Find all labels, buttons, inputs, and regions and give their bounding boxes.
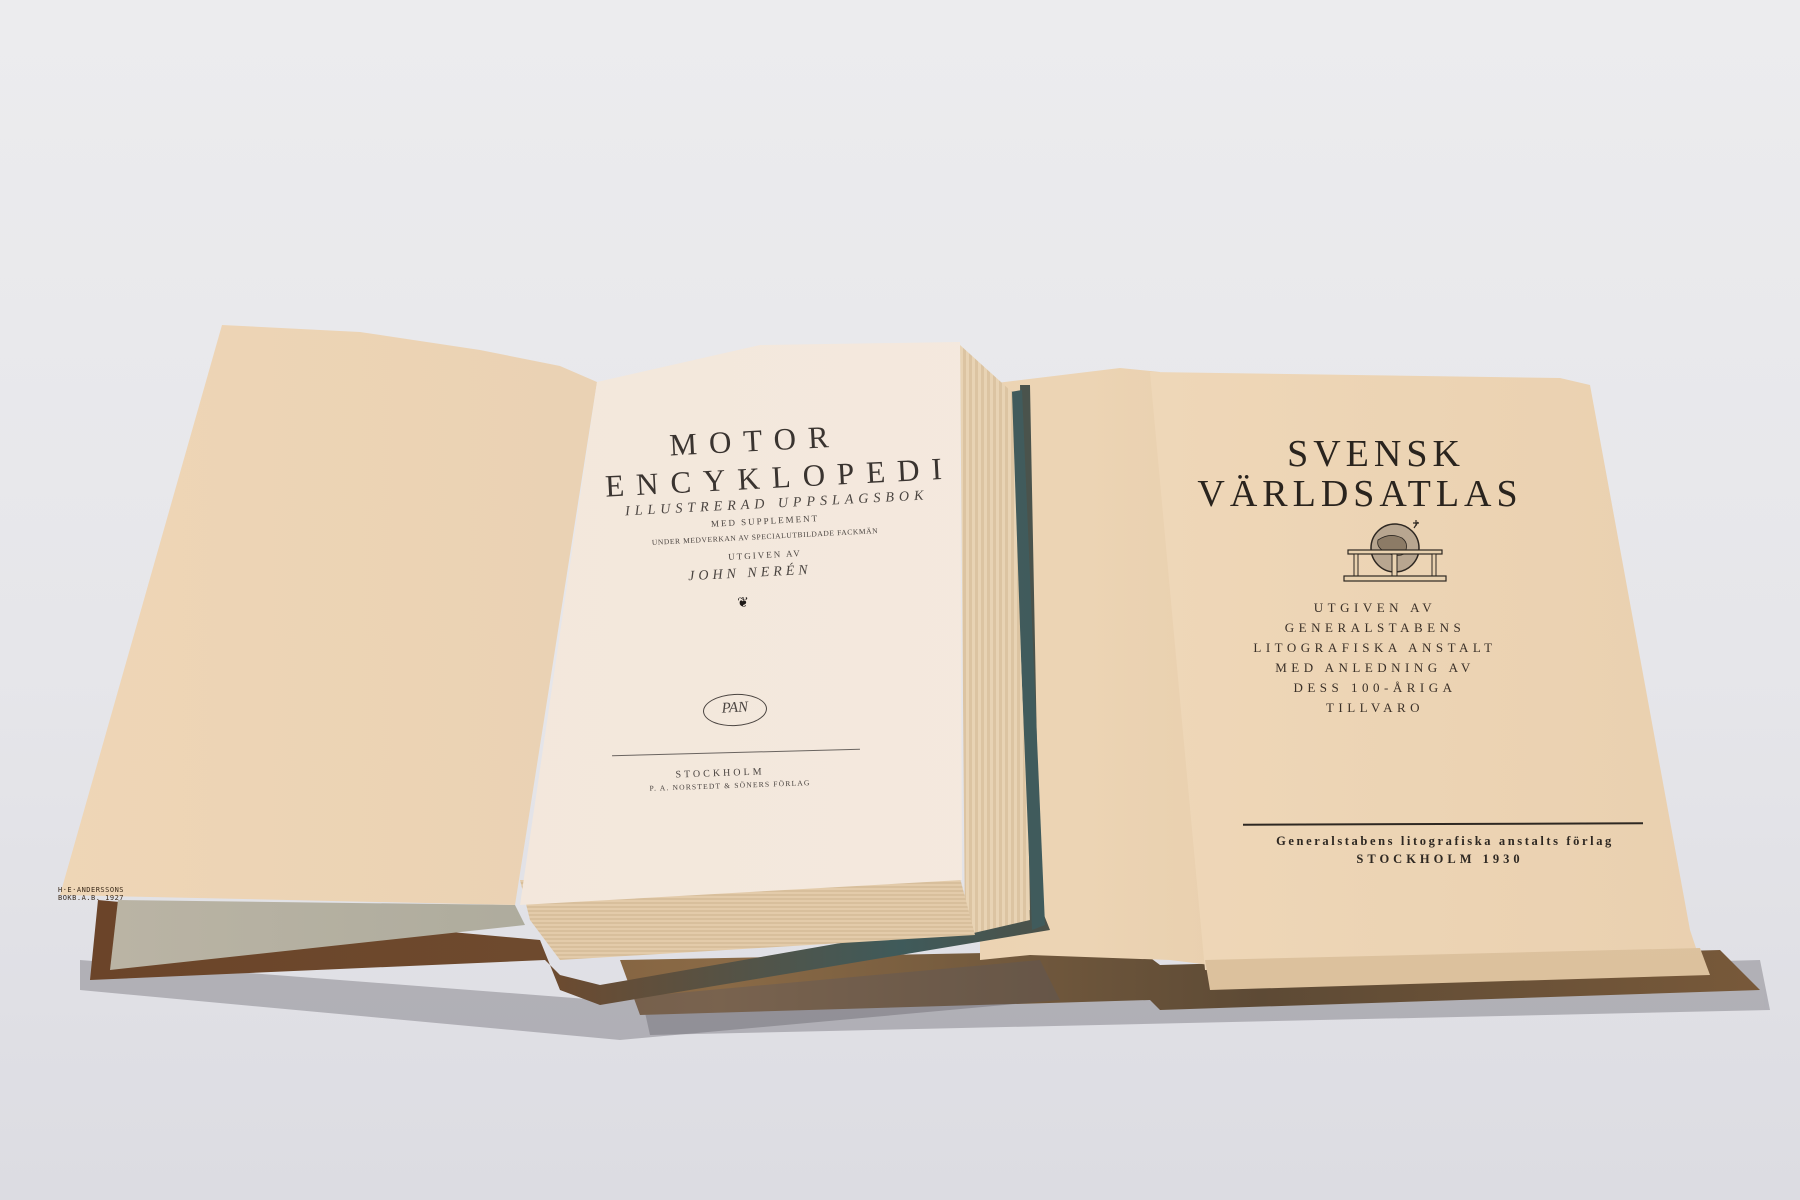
binder-stamp: H·E·ANDERSSONS BOKB.A.B. 1927 (58, 886, 138, 902)
monogram-letters: PAN (704, 698, 767, 718)
atlas-dedication: UTGIVEN AV GENERALSTABENS LITOGRAFISKA A… (1245, 598, 1505, 718)
atlas-publisher: Generalstabens litografiska anstalts för… (1230, 834, 1660, 849)
atlas-title-line1: SVENSK (1226, 432, 1526, 476)
fleuron-ornament-icon: ❦ (728, 595, 758, 612)
globe-emblem-icon (1340, 518, 1450, 583)
dedication-line: GENERALSTABENS (1245, 618, 1505, 638)
atlas-title-line2: VÄRLDSATLAS (1160, 472, 1560, 516)
dedication-line: MED ANLEDNING AV (1245, 658, 1505, 678)
dedication-line: TILLVARO (1245, 698, 1505, 718)
atlas-city-year: STOCKHOLM 1930 (1300, 852, 1580, 867)
dedication-line: DESS 100-ÅRIGA (1245, 678, 1505, 698)
binder-stamp-line2: BOKB.A.B. 1927 (58, 894, 138, 902)
dedication-line: LITOGRAFISKA ANSTALT (1245, 638, 1505, 658)
binder-stamp-line1: H·E·ANDERSSONS (58, 886, 138, 894)
dedication-line: UTGIVEN AV (1245, 598, 1505, 618)
